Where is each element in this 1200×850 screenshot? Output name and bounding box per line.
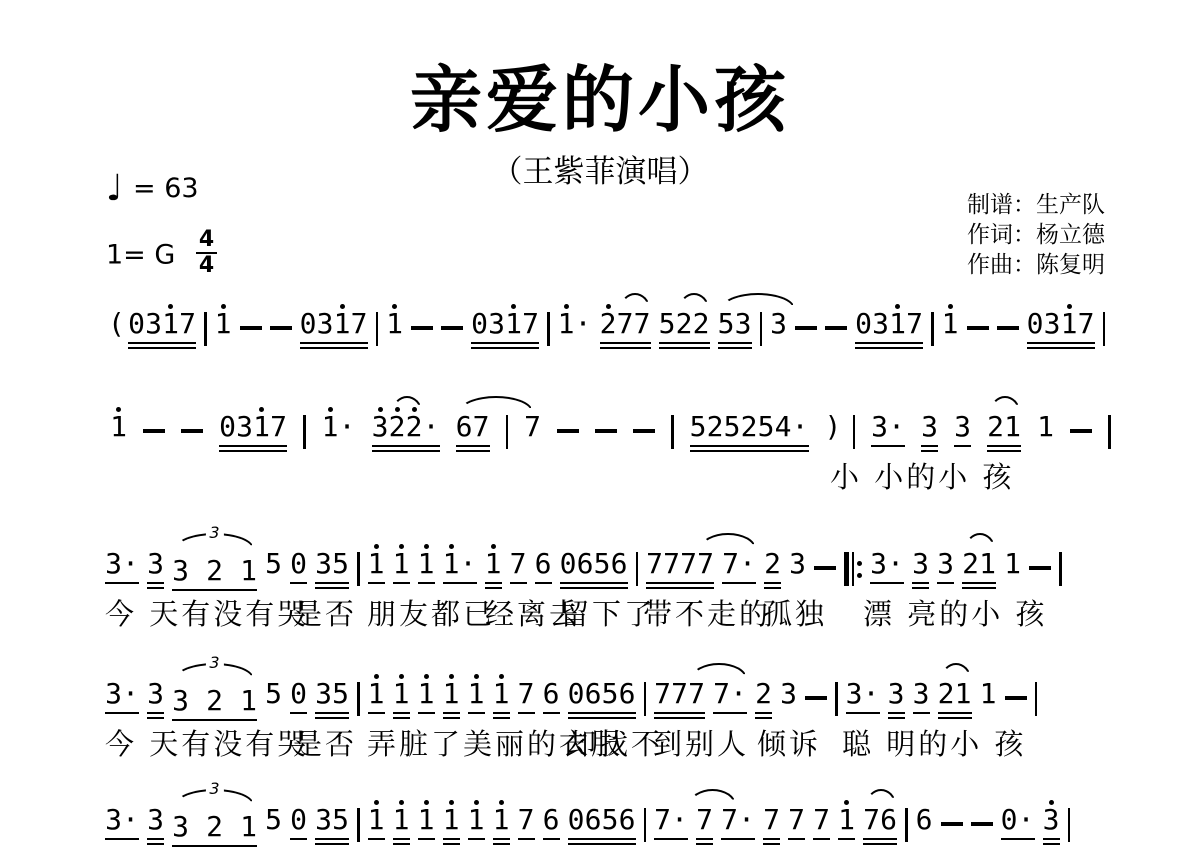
note-char: 7	[473, 411, 490, 443]
note-token: 5	[265, 804, 282, 836]
note-token: 1	[443, 678, 460, 710]
note-token: 7·	[722, 548, 756, 580]
duration-underline	[838, 838, 855, 841]
note-token: 0	[290, 804, 307, 836]
note-token: 7	[518, 678, 535, 710]
octave-dot-above	[564, 304, 569, 309]
duration-underline	[368, 838, 385, 841]
note-token: 1	[215, 308, 232, 340]
duration-underline	[654, 712, 705, 715]
note-char: 1	[1004, 411, 1021, 443]
note-char: 0	[568, 804, 585, 836]
note-char: 3	[872, 308, 889, 340]
duration-underline	[987, 445, 1021, 448]
duration-underline	[468, 712, 485, 715]
duration-underline	[813, 838, 830, 841]
octave-dot-above	[399, 674, 404, 679]
note-token: 1·	[443, 548, 477, 580]
music-line-5: 3·33 2 1350351111117606567·77·77717660·3	[105, 778, 1070, 843]
duration-underline	[912, 587, 929, 590]
duration-dash	[825, 326, 847, 330]
barline	[835, 682, 838, 716]
note-char: 1	[493, 804, 510, 836]
repeat-thin-bar	[852, 552, 854, 586]
note-token: 3	[789, 548, 806, 580]
note-char	[223, 548, 240, 580]
note-char: 2	[206, 555, 223, 587]
note-char: 7	[510, 548, 527, 580]
duration-underline	[654, 717, 705, 720]
duration-underline	[696, 843, 713, 846]
lyric-chunk: 今 天有没有哭	[105, 722, 309, 763]
parenthesis: (	[108, 308, 120, 340]
note-char: ·	[575, 308, 592, 340]
duration-underline	[863, 838, 897, 841]
note-char: ·	[122, 548, 139, 580]
duration-dash	[557, 429, 579, 433]
note-char: 5	[594, 548, 611, 580]
octave-dot-above	[948, 304, 953, 309]
duration-underline	[543, 838, 560, 841]
duration-dash	[941, 822, 963, 826]
duration-underline	[518, 838, 535, 841]
note-token: 3·	[105, 548, 139, 580]
note-token: 7	[813, 804, 830, 836]
octave-dot-above	[259, 407, 264, 412]
note-char: 3	[780, 678, 797, 710]
duration-dash	[633, 429, 655, 433]
note-char: 3	[105, 548, 122, 580]
note-token: 5	[265, 548, 282, 580]
duration-underline	[855, 347, 923, 350]
note-char: 3	[921, 411, 938, 443]
duration-underline	[659, 347, 710, 350]
duration-underline	[219, 445, 287, 448]
note-char: 7	[1078, 308, 1095, 340]
credits-block: 制谱：生产队 作词：杨立德 作曲：陈复明	[967, 190, 1105, 280]
song-title: 亲爱的小孩	[0, 42, 1200, 146]
note-char: 0	[1001, 804, 1018, 836]
duration-underline	[871, 445, 905, 448]
barline	[671, 415, 674, 449]
note-token: 3	[888, 678, 905, 710]
barline	[303, 415, 306, 449]
duration-underline	[393, 838, 410, 841]
duration-underline	[172, 719, 257, 722]
duration-underline	[938, 712, 972, 715]
note-token: 0317	[219, 411, 287, 443]
barline	[905, 808, 908, 842]
duration-underline	[518, 712, 535, 715]
note-char: 1	[1037, 411, 1054, 443]
duration-underline	[763, 843, 780, 846]
note-char: 5	[724, 411, 741, 443]
duration-underline	[721, 838, 755, 841]
note-token: 7	[510, 548, 527, 580]
note-token: 1	[485, 548, 502, 580]
duration-underline	[315, 712, 349, 715]
duration-underline	[690, 450, 809, 453]
duration-underline	[443, 843, 460, 846]
duration-underline	[485, 582, 502, 585]
note-char: 3	[789, 548, 806, 580]
note-char: ·	[122, 678, 139, 710]
note-char: 7	[906, 308, 923, 340]
note-char	[223, 678, 240, 710]
octave-dot-above	[168, 304, 173, 309]
barline	[1103, 312, 1106, 346]
note-char: 7	[721, 804, 738, 836]
duration-dash	[411, 326, 433, 330]
duration-dash	[270, 326, 292, 330]
octave-dot-above	[511, 304, 516, 309]
octave-dot-above	[399, 800, 404, 805]
note-char: 1	[485, 548, 502, 580]
note-token: 1	[418, 548, 435, 580]
duration-underline	[755, 712, 772, 715]
note-char: 2	[707, 411, 724, 443]
note-token: 3	[921, 411, 938, 443]
note-token: 1·	[558, 308, 592, 340]
lyric-chunk: 却找不	[567, 722, 663, 763]
note-char: 3	[236, 411, 253, 443]
note-token: 21	[987, 411, 1021, 443]
note-token: 1	[368, 678, 385, 710]
duration-dash	[805, 696, 827, 700]
duration-underline	[315, 838, 349, 841]
duration-underline	[788, 838, 805, 841]
duration-underline	[443, 712, 460, 715]
note-char: 3	[145, 308, 162, 340]
duration-underline	[368, 582, 385, 585]
triplet-number: 3	[205, 523, 223, 542]
note-char: 1	[1061, 308, 1078, 340]
note-char: 2	[600, 308, 617, 340]
note-char: ·	[730, 678, 747, 710]
duration-underline	[418, 582, 435, 585]
note-token: 6	[535, 548, 552, 580]
note-char: 1	[468, 678, 485, 710]
note-token: 21	[962, 548, 996, 580]
lyric-chunk: 到别人	[653, 722, 749, 763]
triplet-number: 3	[205, 653, 223, 672]
octave-dot-above	[328, 407, 333, 412]
note-char: 0	[560, 548, 577, 580]
duration-underline	[600, 347, 651, 350]
duration-underline	[290, 838, 307, 841]
barline	[357, 682, 360, 716]
duration-underline	[888, 717, 905, 720]
duration-dash	[181, 429, 203, 433]
duration-underline	[954, 445, 971, 448]
note-token: 2	[755, 678, 772, 710]
note-token: 0317	[855, 308, 923, 340]
note-token: 0317	[300, 308, 368, 340]
credit-arranger: 制谱：生产队	[967, 190, 1105, 220]
duration-underline	[718, 347, 752, 350]
duration-underline	[105, 712, 139, 715]
note-token: 0656	[568, 678, 636, 710]
note-token: 1	[418, 804, 435, 836]
key-signature: 1= G 4 4	[106, 234, 217, 278]
music-line-4: 3·33 2 1350351111117606567777·233·33211今…	[105, 652, 1037, 717]
octave-dot-above	[340, 304, 345, 309]
note-char: 3	[315, 548, 332, 580]
note-char: 1	[393, 678, 410, 710]
duration-underline	[393, 717, 410, 720]
duration-underline	[468, 838, 485, 841]
duration-dash	[595, 429, 617, 433]
octave-dot-above	[221, 304, 226, 309]
note-char: 3	[937, 548, 954, 580]
octave-dot-above	[424, 800, 429, 805]
note-char: 6	[543, 678, 560, 710]
note-token: 1	[468, 678, 485, 710]
note-char: 1	[322, 411, 339, 443]
note-char: 2	[741, 411, 758, 443]
duration-underline	[443, 717, 460, 720]
note-char: 0	[290, 678, 307, 710]
barline	[931, 312, 934, 346]
duration-underline	[493, 838, 510, 841]
note-char: 7	[270, 411, 287, 443]
note-char: 0	[855, 308, 872, 340]
repeat-dots	[857, 561, 862, 578]
note-token: 7	[788, 804, 805, 836]
note-char: )	[825, 411, 837, 443]
note-token: 6	[543, 678, 560, 710]
duration-underline	[147, 843, 164, 846]
note-char: ·	[671, 804, 688, 836]
note-char: 6	[543, 804, 560, 836]
duration-underline	[300, 342, 368, 345]
note-token: 1	[393, 804, 410, 836]
note-token: 0317	[1027, 308, 1095, 340]
note-char: 1	[955, 678, 972, 710]
note-token: 1	[493, 678, 510, 710]
note-char: 5	[718, 308, 735, 340]
note-char: 1	[418, 678, 435, 710]
duration-underline	[646, 587, 714, 590]
duration-dash	[795, 326, 817, 330]
duration-underline	[493, 843, 510, 846]
duration-underline	[535, 582, 552, 585]
note-token: 1	[468, 804, 485, 836]
note-char: 5	[265, 804, 282, 836]
note-token: 7	[524, 411, 541, 443]
note-char: 1	[386, 308, 403, 340]
octave-dot-above	[491, 544, 496, 549]
note-char: 0	[219, 411, 236, 443]
duration-underline	[560, 582, 628, 585]
duration-underline	[172, 845, 257, 848]
note-token: 1	[1004, 548, 1021, 580]
duration-underline	[471, 347, 539, 350]
note-char: 5	[332, 678, 349, 710]
note-char: 7	[518, 804, 535, 836]
note-char: 5	[659, 308, 676, 340]
note-char: 6	[585, 804, 602, 836]
note-char: 1	[368, 678, 385, 710]
barline	[506, 415, 509, 449]
note-token: 3	[147, 678, 164, 710]
note-token: 3 2 13	[172, 678, 257, 717]
note-char: 7	[680, 548, 697, 580]
time-signature: 4 4	[196, 228, 217, 278]
note-char: 1	[334, 308, 351, 340]
note-char: 2	[938, 678, 955, 710]
triplet-number: 3	[205, 779, 223, 798]
note-char: 3	[317, 308, 334, 340]
duration-underline	[456, 450, 490, 453]
lyric-chunk: 孤独	[763, 592, 827, 633]
note-char: 7	[351, 308, 368, 340]
sheet-music-page: 亲爱的小孩 （王紫菲演唱） ♩= 63 1= G 4 4 制谱：生产队 作词：杨…	[0, 0, 1200, 850]
note-char: 3	[871, 411, 888, 443]
note-char: 0	[471, 308, 488, 340]
note-char: 3	[172, 555, 189, 587]
note-char: 1	[393, 548, 410, 580]
note-char: 1	[558, 308, 575, 340]
octave-dot-above	[499, 800, 504, 805]
duration-underline	[147, 717, 164, 720]
tie-slur-arc	[459, 396, 533, 412]
note-token: 525254·	[690, 411, 809, 443]
tie-slur-arc	[679, 293, 709, 309]
octave-dot-above	[378, 407, 383, 412]
note-char: 2	[206, 811, 223, 843]
note-char: 1	[110, 411, 127, 443]
note-char: 7	[713, 678, 730, 710]
note-char: 3	[172, 811, 189, 843]
note-char: 0	[1027, 308, 1044, 340]
duration-underline	[764, 582, 781, 585]
note-char: 1	[443, 548, 460, 580]
note-char: 5	[332, 804, 349, 836]
tempo-value: = 63	[133, 173, 199, 204]
note-char: 4	[775, 411, 792, 443]
note-char: 2	[693, 308, 710, 340]
note-token: 3 2 13	[172, 548, 257, 587]
note-token: 7·	[721, 804, 755, 836]
duration-underline	[755, 717, 772, 720]
note-token: 53	[718, 308, 752, 340]
music-line-2: 103171·322·677525254·)3·33211小 小的小 孩	[110, 385, 1111, 449]
note-char: 2	[389, 411, 406, 443]
duration-underline	[1027, 347, 1095, 350]
parenthesis: )	[825, 411, 837, 443]
tie-slur-arc	[965, 533, 995, 549]
barline	[853, 415, 856, 449]
barline	[204, 312, 207, 346]
note-char: 0	[290, 548, 307, 580]
tie-slur-arc	[990, 396, 1020, 412]
duration-underline	[863, 843, 897, 846]
note-token: 3	[1043, 804, 1060, 836]
note-token: 3	[912, 548, 929, 580]
duration-dash	[1070, 429, 1092, 433]
barline	[644, 808, 647, 842]
octave-dot-above	[499, 674, 504, 679]
note-char: 7	[646, 548, 663, 580]
note-char: 5	[690, 411, 707, 443]
duration-underline	[846, 712, 880, 715]
note-char	[189, 804, 206, 836]
notes-row: (031710317103171·277522533031710317	[108, 282, 1105, 346]
barline	[1108, 415, 1111, 449]
barline	[636, 552, 639, 586]
note-token: 35	[315, 548, 349, 580]
duration-underline	[1043, 843, 1060, 846]
lyric-chunk: 是否	[293, 722, 357, 763]
note-char: 6	[585, 678, 602, 710]
note-char: 7	[813, 804, 830, 836]
duration-underline	[855, 342, 923, 345]
note-char: 1	[253, 411, 270, 443]
note-char: ·	[339, 411, 356, 443]
duration-underline	[147, 838, 164, 841]
duration-underline	[128, 347, 196, 350]
note-token: 7	[763, 804, 780, 836]
note-token: 3	[954, 411, 971, 443]
note-char	[189, 548, 206, 580]
duration-dash	[441, 326, 463, 330]
duration-dash	[1005, 696, 1027, 700]
note-token: 3	[913, 678, 930, 710]
duration-dash	[1029, 566, 1051, 570]
notes-row: 103171·322·677525254·)3·33211	[110, 385, 1111, 449]
duration-underline	[393, 843, 410, 846]
note-char: 7	[663, 548, 680, 580]
note-char: 3	[1044, 308, 1061, 340]
note-char: 1	[443, 678, 460, 710]
note-token: 7·	[654, 804, 688, 836]
duration-underline	[393, 582, 410, 585]
note-char: 3	[315, 678, 332, 710]
barline	[376, 312, 379, 346]
repeat-sign	[844, 552, 862, 586]
note-token: 3·	[846, 678, 880, 710]
note-char: 3	[735, 308, 752, 340]
note-char: 7	[179, 308, 196, 340]
note-char: 0	[568, 678, 585, 710]
note-char: 1	[493, 678, 510, 710]
octave-dot-above	[844, 800, 849, 805]
note-char: 3	[105, 804, 122, 836]
note-char: 5	[602, 678, 619, 710]
duration-underline	[1001, 838, 1035, 841]
note-token: 3	[780, 678, 797, 710]
note-char: 1	[838, 804, 855, 836]
note-char: 1	[1004, 548, 1021, 580]
duration-underline	[560, 587, 628, 590]
note-char: ·	[739, 548, 756, 580]
note-char: 0	[128, 308, 145, 340]
octave-dot-above	[474, 800, 479, 805]
note-token: 1	[493, 804, 510, 836]
note-token: 1	[393, 678, 410, 710]
note-token: 1	[368, 804, 385, 836]
duration-underline	[443, 582, 477, 585]
duration-underline	[568, 843, 636, 846]
note-char: 7	[671, 678, 688, 710]
octave-dot-above	[374, 674, 379, 679]
note-char: 6	[456, 411, 473, 443]
lyric-chunk: 今 天有没有哭	[105, 592, 309, 633]
note-char: 3	[172, 685, 189, 717]
barline	[644, 682, 647, 716]
duration-dash	[240, 326, 262, 330]
